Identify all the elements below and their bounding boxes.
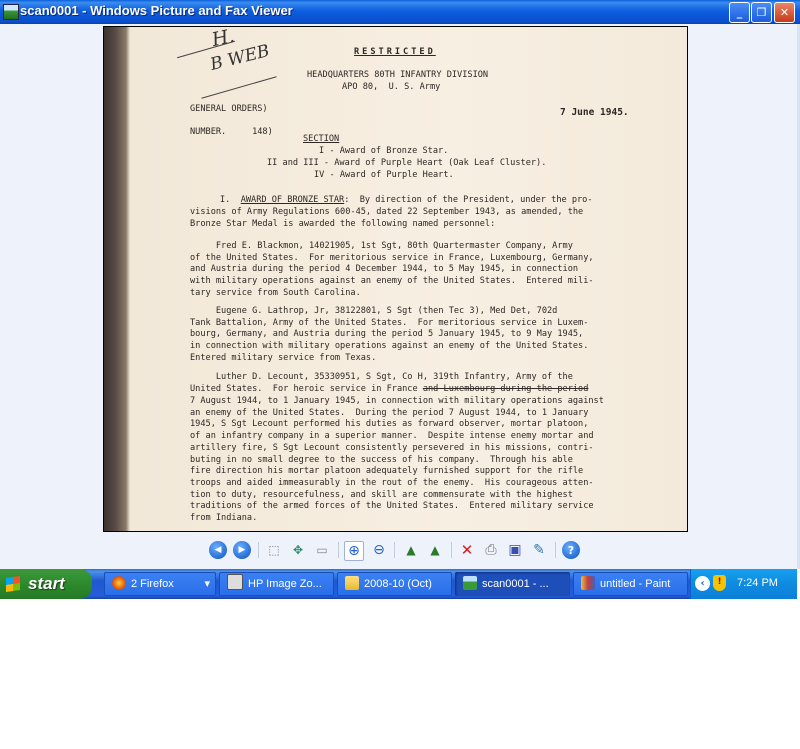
citation-line: artillery fire, S Sgt Lecount consistent… (190, 443, 594, 455)
hp-image-zone-icon (227, 574, 243, 590)
paint-icon (581, 576, 595, 590)
previous-image-icon[interactable]: ◀ (209, 541, 227, 559)
citation-line: 1945, S Sgt Lecount performed his duties… (190, 419, 588, 431)
paragraph-text: : By direction of the President, under t… (344, 195, 592, 205)
firefox-icon (112, 576, 126, 590)
citation-line: Tank Battalion, Army of the United State… (190, 318, 588, 330)
windows-logo-icon (6, 576, 20, 592)
best-fit-icon[interactable]: ⬚ (265, 541, 283, 559)
section-item: I - Award of Bronze Star. (319, 146, 448, 158)
section-item: IV - Award of Purple Heart. (314, 170, 454, 182)
rotate-clockwise-icon[interactable]: ▲ (402, 541, 420, 559)
citation-line: an enemy of the United States. During th… (190, 408, 588, 420)
citation-line: from Indiana. (190, 513, 257, 525)
citation-line: of an infantry company in a superior man… (190, 431, 594, 443)
print-icon[interactable]: ⎙ (482, 541, 500, 559)
show-hidden-icons-button[interactable]: ‹ (695, 576, 710, 591)
zoom-in-icon[interactable]: ⊕ (344, 541, 364, 561)
taskbar-item-folder[interactable]: 2008-10 (Oct) (337, 572, 452, 596)
general-orders-label: GENERAL ORDERS) (190, 104, 268, 116)
zoom-out-icon[interactable]: ⊖ (370, 541, 388, 559)
taskbar-item-firefox[interactable]: 2 Firefox ▾ (104, 572, 216, 596)
struck-text: and Luxembourg during the period (423, 384, 589, 394)
citation-line: fire direction his mortar platoon adequa… (190, 466, 583, 478)
citation-line: tion to duty, resourcefulness, and skill… (190, 490, 573, 502)
classification-marking: RESTRICTED (354, 47, 436, 59)
citation-line: of the United States. For meritorious se… (190, 253, 594, 265)
task-label: 2 Firefox (131, 578, 174, 590)
handwritten-stroke (201, 76, 276, 98)
taskbar: start 2 Firefox ▾ HP Image Zo... 2008-10… (0, 569, 797, 599)
citation-line: Eugene G. Lathrop, Jr, 38122801, S Sgt (… (190, 306, 557, 318)
slide-show-icon[interactable]: ▭ (313, 541, 331, 559)
citation-line: bourg, Germany, and Austria during the p… (190, 329, 583, 341)
citation-lecount-line: United States. For heroic service in Fra… (190, 384, 588, 396)
section-item: II and III - Award of Purple Heart (Oak … (267, 158, 546, 170)
paragraph-1-line: visions of Army Regulations 600-45, date… (190, 207, 583, 219)
citation-line: with military operations against an enem… (190, 276, 594, 288)
citation-line: buting in no small degree to the success… (190, 455, 573, 467)
system-tray: ‹ ! 7:24 PM (690, 569, 797, 599)
actual-size-icon[interactable]: ✥ (289, 541, 307, 559)
order-number: NUMBER. 148) (190, 127, 273, 139)
maximize-button[interactable]: ❐ (751, 2, 772, 23)
taskbar-item-hp-image-zone[interactable]: HP Image Zo... (219, 572, 334, 596)
citation-line: and Austria during the period 4 December… (190, 264, 578, 276)
citation-line: tary service from South Carolina. (190, 288, 361, 300)
picture-viewer-icon (3, 4, 19, 20)
toolbar-divider (555, 542, 556, 558)
taskbar-item-paint[interactable]: untitled - Paint (573, 572, 688, 596)
order-date: 7 June 1945. (560, 107, 629, 119)
title-bar: scan0001 - Windows Picture and Fax Viewe… (0, 0, 800, 24)
task-label: untitled - Paint (600, 578, 670, 590)
start-button[interactable]: start (0, 569, 92, 599)
citation-line: troops and aided immeasurably in the rou… (190, 478, 594, 490)
close-button[interactable]: ✕ (774, 2, 795, 23)
toolbar-divider (338, 542, 339, 558)
next-image-icon[interactable]: ▶ (233, 541, 251, 559)
citation-line: Fred E. Blackmon, 14021905, 1st Sgt, 80t… (190, 241, 573, 253)
help-icon[interactable]: ? (562, 541, 580, 559)
citation-line: traditions of the armed forces of the Un… (190, 501, 594, 513)
clock[interactable]: 7:24 PM (737, 577, 778, 589)
viewer-toolbar: ◀ ▶ ⬚ ✥ ▭ ⊕ ⊖ ▲ ▲ ✕ ⎙ ▣ ✎ ? (0, 538, 797, 562)
task-label: HP Image Zo... (248, 578, 322, 590)
section-heading: SECTION (303, 134, 339, 146)
taskbar-item-scan0001[interactable]: scan0001 - ... (455, 572, 570, 596)
toolbar-divider (451, 542, 452, 558)
toolbar-divider (258, 542, 259, 558)
citation-line: 7 August 1944, to 1 January 1945, in con… (190, 396, 604, 408)
toolbar-divider (394, 542, 395, 558)
document-page: H. B WEB RESTRICTED HEADQUARTERS 80TH IN… (104, 27, 687, 531)
security-shield-icon[interactable]: ! (713, 575, 726, 591)
window-title: scan0001 - Windows Picture and Fax Viewe… (20, 3, 293, 18)
citation-lecount-line: Luther D. Lecount, 35330951, S Sgt, Co H… (190, 372, 573, 384)
minimize-button[interactable]: _ (729, 2, 750, 23)
paragraph-1-line: Bronze Star Medal is awarded the followi… (190, 219, 495, 231)
folder-icon (345, 576, 359, 590)
delete-icon[interactable]: ✕ (458, 541, 476, 559)
header-line-2: APO 80, U. S. Army (342, 82, 440, 94)
paragraph-heading: AWARD OF BRONZE STAR (241, 195, 344, 205)
citation-line: in connection with military operations a… (190, 341, 588, 353)
citation-line: Entered military service from Texas. (190, 353, 376, 365)
scanned-image[interactable]: H. B WEB RESTRICTED HEADQUARTERS 80TH IN… (103, 26, 688, 532)
paragraph-1-line: I. AWARD OF BRONZE STAR: By direction of… (220, 195, 593, 207)
rotate-counterclockwise-icon[interactable]: ▲ (426, 541, 444, 559)
paragraph-number: I. (220, 195, 241, 205)
header-line-1: HEADQUARTERS 80TH INFANTRY DIVISION (307, 70, 488, 82)
save-copy-icon[interactable]: ▣ (506, 541, 524, 559)
citation-text: United States. For heroic service in Fra… (190, 384, 423, 394)
start-label: start (28, 574, 65, 594)
task-label: 2008-10 (Oct) (364, 578, 432, 590)
edit-icon[interactable]: ✎ (530, 541, 548, 559)
chevron-down-icon[interactable]: ▾ (204, 572, 210, 596)
task-label: scan0001 - ... (482, 578, 549, 590)
picture-viewer-icon (463, 576, 477, 590)
